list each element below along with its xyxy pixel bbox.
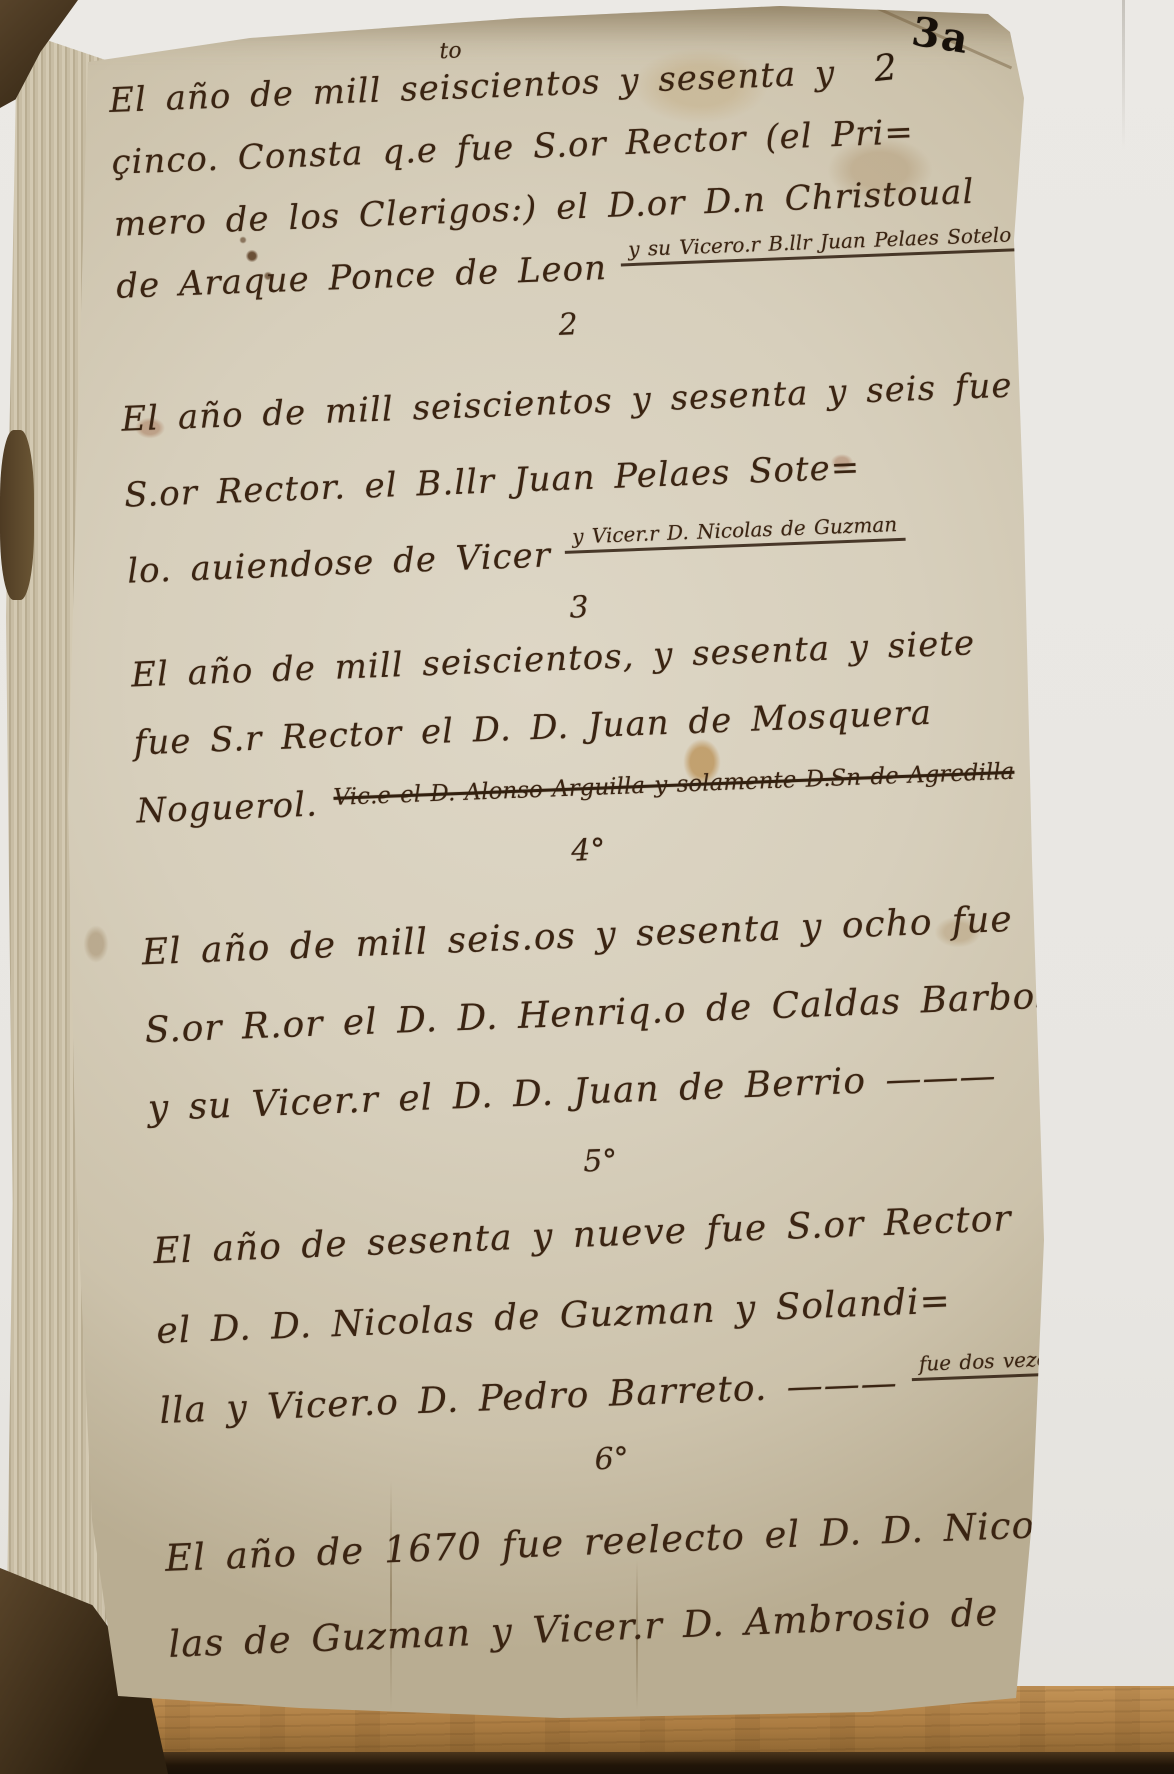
wall-seam — [1122, 0, 1125, 150]
photo-scene: 3a 2 to El año de mill seiscientos y ses… — [0, 0, 1174, 1774]
struck-text: Vic.e el D. Alonso Arguilla y solamente … — [333, 759, 1015, 811]
interlinear-insertion: fue dos vezes R.or — [910, 1344, 1118, 1381]
interlinear-mark: to — [439, 38, 462, 64]
manuscript-line-text: Noguerol. — [136, 785, 319, 832]
binding-leather-mid-left — [0, 430, 34, 600]
entry-1670: El año de 1670 fue reelecto el D. D. Nic… — [164, 1480, 1070, 1686]
entry-1666: El año de mill seiscientos y sesenta y s… — [120, 347, 1028, 609]
manuscript-text: to El año de mill seiscientos y sesenta … — [108, 35, 1069, 1686]
manuscript-line-text: lo. auiendose de Vicer — [127, 535, 552, 591]
manuscript-line-text: lla y Vicer.o D. Pedro Barreto. ——— — [159, 1362, 899, 1431]
manuscript-line-text: de Araque Ponce de Leon — [116, 248, 608, 307]
entry-1668: El año de mill seis.os y sesenta y ocho … — [140, 879, 1048, 1147]
entry-1665: to El año de mill seiscientos y sesenta … — [108, 35, 1017, 317]
entry-1669: El año de sesenta y nueve fue S.or Recto… — [152, 1177, 1061, 1451]
interlinear-insertion: y Vicer.r D. Nicolas de Guzman — [564, 511, 906, 553]
table-shadow-edge — [0, 1752, 1174, 1774]
manuscript-page: 3a 2 to El año de mill seiscientos y ses… — [0, 0, 1174, 1774]
entry-1667: El año de mill seiscientos, y sesenta y … — [130, 607, 1037, 845]
